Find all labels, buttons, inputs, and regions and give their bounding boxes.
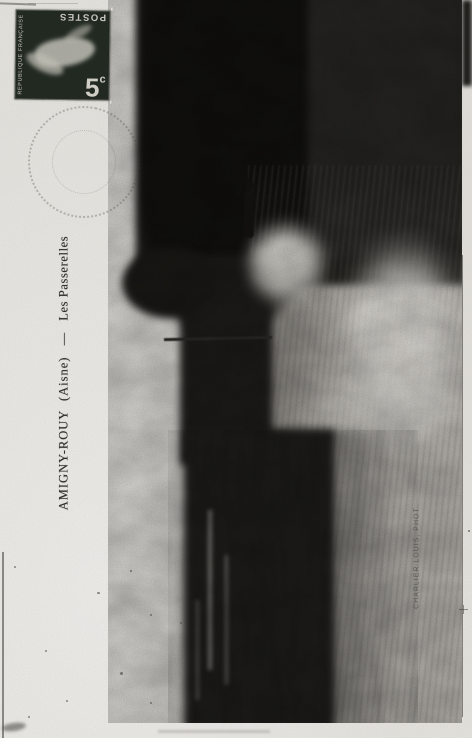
paper-speck bbox=[180, 622, 182, 624]
person-head bbox=[246, 181, 254, 191]
person-figure bbox=[244, 190, 254, 238]
stamp-design: POSTES REPUBLIQUE FRANÇAISE 5c bbox=[14, 9, 110, 100]
stamp-value-number: 5 bbox=[85, 72, 100, 100]
reflection-streak bbox=[196, 600, 199, 700]
paper-speck bbox=[66, 700, 68, 702]
caption-separator: — bbox=[57, 332, 71, 346]
water-glint bbox=[246, 218, 326, 308]
postmark-inner-ring bbox=[46, 124, 122, 200]
postage-stamp: POSTES REPUBLIQUE FRANÇAISE 5c bbox=[12, 7, 112, 102]
card-edge-line-left bbox=[2, 552, 4, 738]
paper-speck bbox=[130, 570, 132, 572]
edge-mark-top bbox=[28, 3, 78, 4]
caption: AMIGNY-ROUY (Aisne) — Les Passerelles bbox=[57, 236, 72, 511]
corner-smudge bbox=[2, 721, 27, 732]
photo-les-passerelles bbox=[108, 0, 462, 723]
photo-edge-line-right bbox=[462, 255, 463, 717]
postcard-scan: POSTES REPUBLIQUE FRANÇAISE 5c AMIGNY-RO… bbox=[0, 0, 472, 738]
reflection-streak bbox=[208, 510, 212, 670]
stamp-postes-label: POSTES bbox=[59, 11, 107, 23]
paper-speck bbox=[150, 614, 152, 616]
stamp-value: 5c bbox=[85, 74, 106, 100]
reflection-band bbox=[184, 430, 334, 723]
paper-speck bbox=[150, 702, 152, 704]
reflection-streak bbox=[225, 555, 228, 685]
caption-location: AMIGNY-ROUY bbox=[57, 410, 71, 510]
caption-title: Les Passerelles bbox=[57, 236, 71, 321]
caption-department: (Aisne) bbox=[57, 357, 71, 402]
stamp-value-unit: c bbox=[99, 74, 105, 86]
bottom-smudge bbox=[158, 730, 270, 733]
photographer-credit: Charlier Louis, Phot. bbox=[414, 505, 421, 609]
paper-speck bbox=[14, 566, 16, 568]
stamp-country-label: REPUBLIQUE FRANÇAISE bbox=[17, 11, 24, 97]
paper-speck bbox=[28, 716, 30, 718]
paper-speck bbox=[45, 650, 47, 652]
paper-speck bbox=[468, 530, 470, 532]
photo-bleed-top-right bbox=[462, 0, 472, 86]
registration-mark bbox=[459, 605, 468, 614]
paper-speck bbox=[97, 592, 100, 594]
paper-speck bbox=[120, 672, 123, 675]
bush-blob bbox=[122, 248, 216, 318]
